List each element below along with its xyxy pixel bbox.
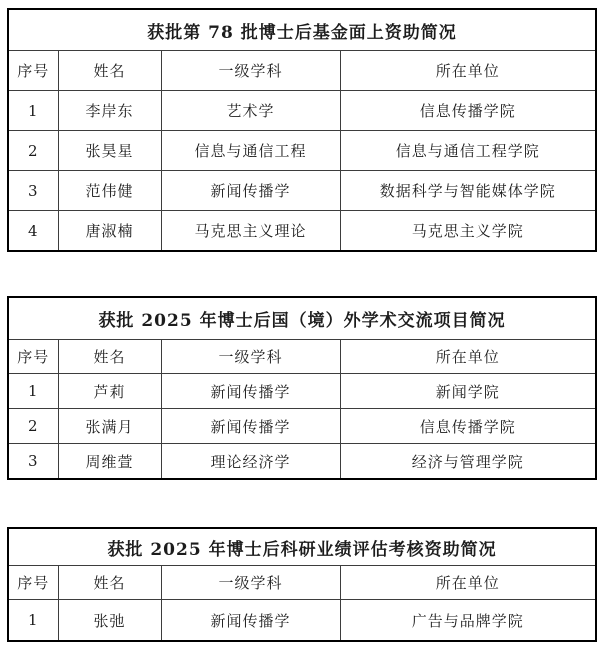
col-header-name: 姓名 [58, 340, 161, 374]
cell-name: 张昊星 [58, 131, 161, 171]
cell-unit: 新闻学院 [340, 374, 596, 409]
cell-index: 3 [8, 444, 58, 480]
col-header-index: 序号 [8, 51, 58, 91]
table-header-row: 序号 姓名 一级学科 所在单位 [8, 51, 596, 91]
table-title-row: 获批 2025 年博士后国（境）外学术交流项目简况 [8, 297, 596, 340]
table-header-row: 序号 姓名 一级学科 所在单位 [8, 340, 596, 374]
cell-discipline: 艺术学 [161, 91, 340, 131]
cell-name: 张满月 [58, 409, 161, 444]
table-row: 3 周维萱 理论经济学 经济与管理学院 [8, 444, 596, 480]
cell-discipline: 信息与通信工程 [161, 131, 340, 171]
cell-index: 1 [8, 91, 58, 131]
col-header-index: 序号 [8, 566, 58, 600]
cell-index: 1 [8, 600, 58, 642]
cell-unit: 广告与品牌学院 [340, 600, 596, 642]
cell-unit: 信息传播学院 [340, 91, 596, 131]
table-row: 4 唐淑楠 马克思主义理论 马克思主义学院 [8, 211, 596, 252]
cell-name: 周维萱 [58, 444, 161, 480]
cell-unit: 信息与通信工程学院 [340, 131, 596, 171]
table-row: 1 芦莉 新闻传播学 新闻学院 [8, 374, 596, 409]
cell-name: 芦莉 [58, 374, 161, 409]
col-header-discipline: 一级学科 [161, 566, 340, 600]
cell-discipline: 理论经济学 [161, 444, 340, 480]
cell-name: 李岸东 [58, 91, 161, 131]
cell-unit: 数据科学与智能媒体学院 [340, 171, 596, 211]
cell-unit: 信息传播学院 [340, 409, 596, 444]
cell-discipline: 新闻传播学 [161, 374, 340, 409]
table-title: 获批第 78 批博士后基金面上资助简况 [8, 9, 596, 51]
col-header-index: 序号 [8, 340, 58, 374]
table-title-row: 获批 2025 年博士后科研业绩评估考核资助简况 [8, 528, 596, 566]
cell-unit: 经济与管理学院 [340, 444, 596, 480]
table-header-row: 序号 姓名 一级学科 所在单位 [8, 566, 596, 600]
cell-unit: 马克思主义学院 [340, 211, 596, 252]
col-header-unit: 所在单位 [340, 340, 596, 374]
cell-index: 3 [8, 171, 58, 211]
col-header-unit: 所在单位 [340, 566, 596, 600]
table-postdoc-fund: 获批第 78 批博士后基金面上资助简况 序号 姓名 一级学科 所在单位 1 李岸… [7, 8, 597, 252]
cell-discipline: 新闻传播学 [161, 409, 340, 444]
document-page: 获批第 78 批博士后基金面上资助简况 序号 姓名 一级学科 所在单位 1 李岸… [0, 0, 604, 642]
cell-index: 2 [8, 409, 58, 444]
table-title: 获批 2025 年博士后国（境）外学术交流项目简况 [8, 297, 596, 340]
table-performance-assessment: 获批 2025 年博士后科研业绩评估考核资助简况 序号 姓名 一级学科 所在单位… [7, 527, 597, 642]
table-row: 1 李岸东 艺术学 信息传播学院 [8, 91, 596, 131]
cell-index: 4 [8, 211, 58, 252]
table-academic-exchange: 获批 2025 年博士后国（境）外学术交流项目简况 序号 姓名 一级学科 所在单… [7, 296, 597, 480]
cell-discipline: 新闻传播学 [161, 600, 340, 642]
cell-discipline: 新闻传播学 [161, 171, 340, 211]
table-row: 1 张弛 新闻传播学 广告与品牌学院 [8, 600, 596, 642]
col-header-discipline: 一级学科 [161, 51, 340, 91]
cell-name: 张弛 [58, 600, 161, 642]
col-header-name: 姓名 [58, 51, 161, 91]
cell-index: 2 [8, 131, 58, 171]
table-row: 2 张满月 新闻传播学 信息传播学院 [8, 409, 596, 444]
cell-name: 唐淑楠 [58, 211, 161, 252]
col-header-name: 姓名 [58, 566, 161, 600]
cell-index: 1 [8, 374, 58, 409]
col-header-unit: 所在单位 [340, 51, 596, 91]
col-header-discipline: 一级学科 [161, 340, 340, 374]
cell-discipline: 马克思主义理论 [161, 211, 340, 252]
table-row: 3 范伟健 新闻传播学 数据科学与智能媒体学院 [8, 171, 596, 211]
table-row: 2 张昊星 信息与通信工程 信息与通信工程学院 [8, 131, 596, 171]
cell-name: 范伟健 [58, 171, 161, 211]
table-title: 获批 2025 年博士后科研业绩评估考核资助简况 [8, 528, 596, 566]
table-title-row: 获批第 78 批博士后基金面上资助简况 [8, 9, 596, 51]
